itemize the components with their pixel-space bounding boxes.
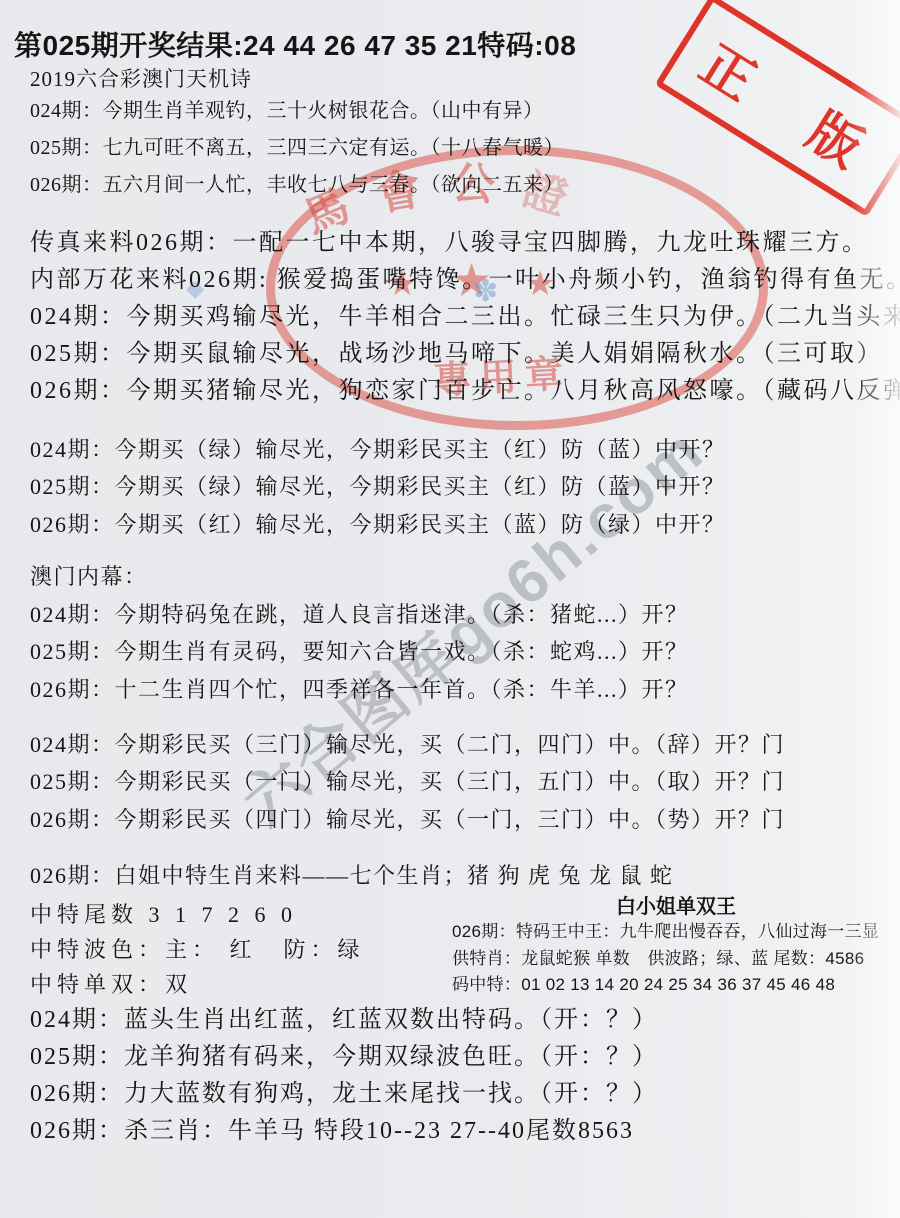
aomen-line: 026期：十二生肖四个忙，四季祥各一年首。（杀：牛羊...）开？ [30, 677, 689, 702]
doors-line: 025期：今期彩民买（一门）输尽光，买（三门，五门）中。（取）开？门 [30, 769, 785, 794]
colorbuy-line: 025期：今期买（绿）输尽光，今期彩民买主（红）防（蓝）中开？ [30, 474, 726, 499]
baixiaojie-line: 026期：特码王中王：九牛爬出慢吞吞，八仙过海一三显 [452, 922, 879, 942]
poem-line: 026期：五六月间一人忙，丰收七八与三春。（欲向二五来） [30, 174, 564, 197]
zhongte-odd-even: 中特单双：双 [30, 972, 192, 997]
doors-line: 026期：今期彩民买（四门）输尽光，买（一门，三门）中。（势）开？门 [30, 807, 785, 832]
poem-line: 024期：今期生肖羊观钓，三十火树银花合。（山中有异） [30, 100, 544, 123]
baixiaojie-line: 供特肖：龙鼠蛇猴 单数 供波路；绿、蓝 尾数：4586 [452, 949, 864, 969]
baixiaojie-title: 白小姐单双王 [452, 890, 900, 919]
fax-line: 026期：今期买猪输尽光，狗恋家门百步亡。八月秋高风怒嚎。（藏码八反弹） [30, 378, 900, 406]
fax-line: 025期：今期买鼠输尽光，战场沙地马啼下。美人娟娟隔秋水。（三可取） [30, 341, 883, 369]
bottom-line: 026期：力大蓝数有狗鸡，龙土来尾找一找。（开：？） [30, 1081, 658, 1109]
colorbuy-line: 026期：今期买（红）输尽光，今期彩民买主（蓝）防（绿）中开？ [30, 512, 726, 537]
aomen-line: 024期：今期特码兔在跳，道人良言指迷津。（杀：猪蛇...）开？ [30, 602, 689, 627]
zhengban-stamp: 正 版 [655, 0, 900, 217]
draw-result-title: 第025期开奖结果:24 44 26 47 35 21特码:08 [14, 24, 576, 64]
bottom-line: 024期：蓝头生肖出红蓝，红蓝双数出特码。（开：？） [30, 1007, 658, 1035]
baijie-line: 026期：白姐中特生肖来料——七个生肖；猪 狗 虎 兔 龙 鼠 蛇 [30, 863, 674, 888]
colorbuy-line: 024期：今期买（绿）输尽光，今期彩民买主（红）防（蓝）中开？ [30, 437, 726, 462]
zhengban-stamp-label: 正 版 [673, 14, 900, 198]
fax-line: 内部万花来料026期: 猴爱捣蛋嘴特馋。一叶小舟频小钓，渔翁钓得有鱼无。 [30, 267, 900, 295]
poem-heading: 2019六合彩澳门天机诗 [30, 67, 252, 91]
zhongte-wave-color: 中特波色：主： 红 防：绿 [30, 937, 365, 962]
aomen-heading: 澳门内幕： [30, 564, 148, 589]
bottom-line: 025期：龙羊狗猪有码来，今期双绿波色旺。（开：？） [30, 1044, 658, 1072]
fax-line: 传真来料026期：一配一七中本期，八骏寻宝四脚腾，九龙吐珠耀三方。 [30, 230, 869, 258]
fax-line: 024期：今期买鸡输尽光，牛羊相合二三出。忙碌三生只为伊。（二九当头来） [30, 304, 900, 332]
zhongte-tail-numbers: 中特尾数 3 1 7 2 6 0 [30, 902, 297, 927]
baixiaojie-line: 码中特：01 02 13 14 20 24 25 34 36 37 45 46 … [452, 975, 835, 995]
lottery-tip-sheet: 馬 會 公 證 ★ ★ ★ ✽ 專用章 ◆ 六合图库go6h.com 第025期… [0, 0, 900, 1218]
aomen-line: 025期：今期生肖有灵码，要知六合皆一戏。（杀：蛇鸡...）开？ [30, 639, 689, 664]
poem-line: 025期：七九可旺不离五，三四三六定有运。（十八春气暖） [30, 137, 564, 160]
bottom-line: 026期：杀三肖：牛羊马 特段10--23 27--40尾数8563 [30, 1118, 634, 1146]
doors-line: 024期：今期彩民买（三门）输尽光，买（二门，四门）中。（辞）开？门 [30, 732, 785, 757]
